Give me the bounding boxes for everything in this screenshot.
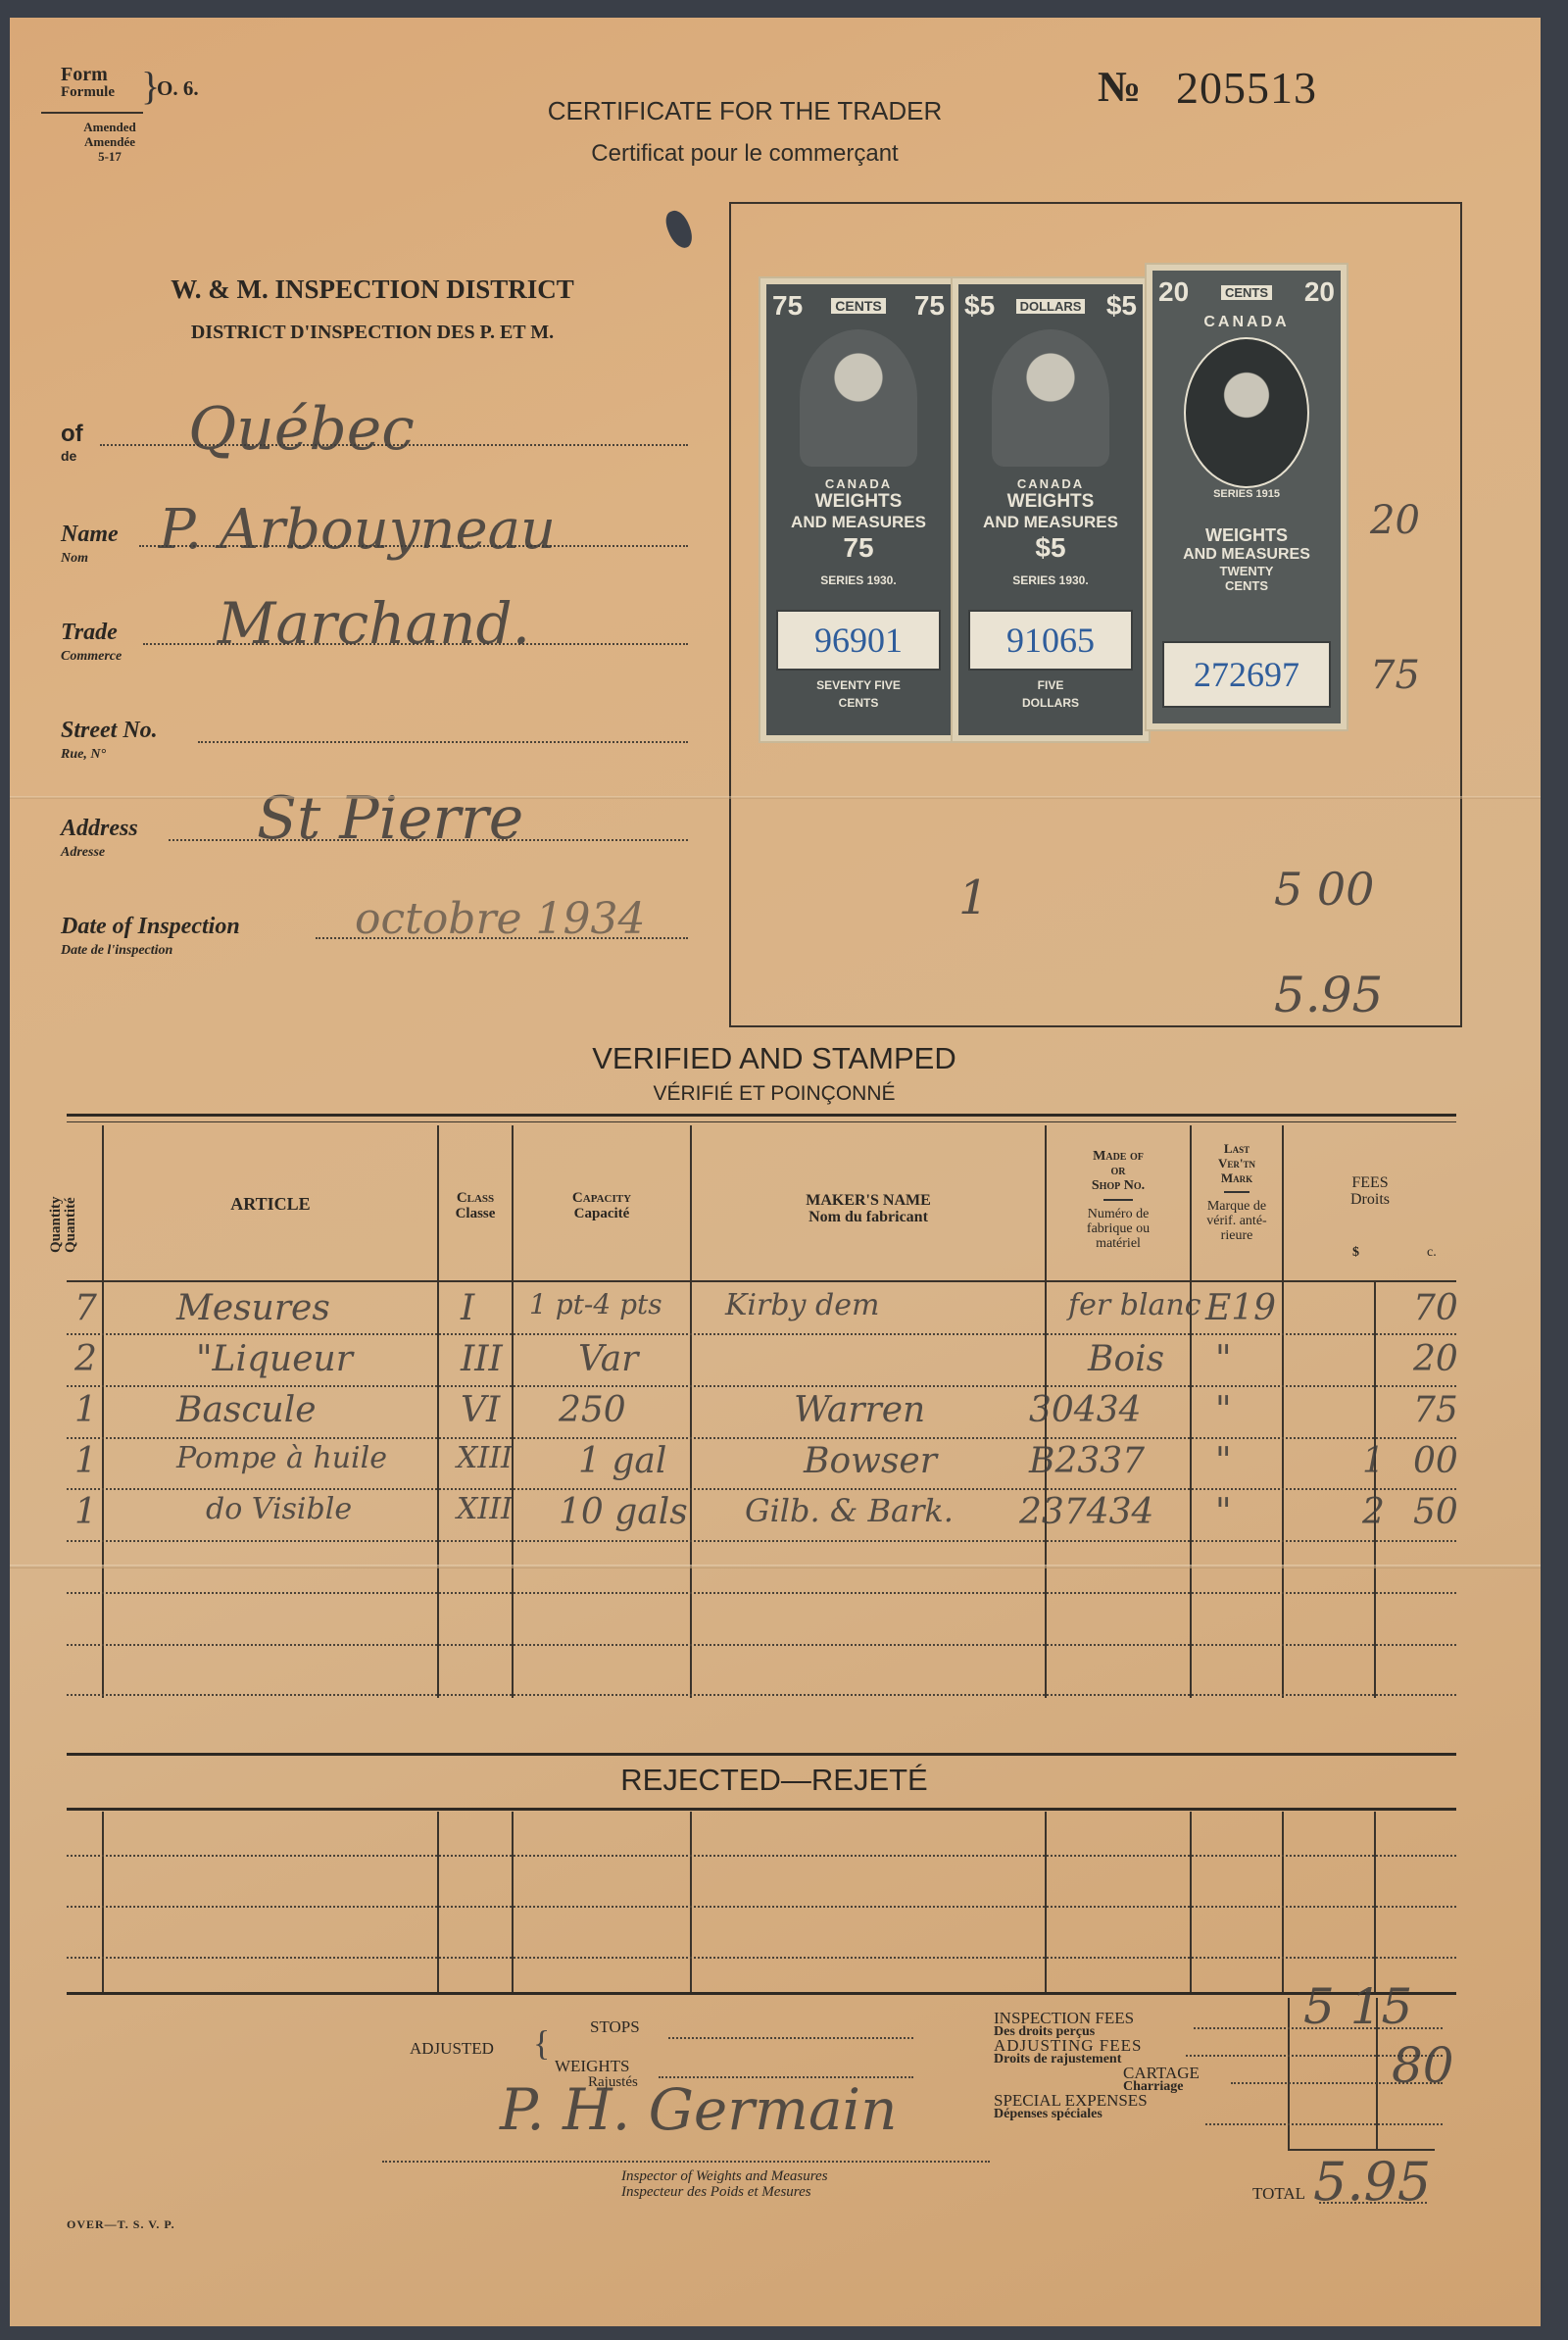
stamp-title1: WEIGHTS	[958, 491, 1143, 513]
col-last-mark-header: Last Ver'tn Mark Marque de vérif. anté-r…	[1192, 1141, 1282, 1243]
col-capacity-header: Capacity Capacité	[514, 1190, 690, 1221]
stamp-top-row: 75 CENTS 75	[766, 284, 951, 322]
stamp-words1: SEVENTY FIVE	[766, 678, 951, 692]
stamp-words1: FIVE	[958, 678, 1143, 692]
row-qty: 1	[74, 1492, 97, 1532]
col-class-fr: Classe	[439, 1206, 512, 1221]
adjusting-fees-label: ADJUSTING FEES	[994, 2039, 1200, 2053]
field-name[interactable]: Name Nom P. Arbouyneau	[61, 516, 688, 555]
row-capacity: 1 pt-4 pts	[529, 1288, 662, 1320]
adjusted-stops-label: STOPS	[590, 2017, 640, 2037]
fees-summary-labels: INSPECTION FEES Des droits perçus ADJUST…	[994, 2012, 1200, 2121]
stamp-serial: 91065	[968, 610, 1133, 671]
row-qty: 1	[74, 1441, 97, 1481]
king-portrait-icon	[800, 329, 917, 467]
col-fees-fr: Droits	[1284, 1191, 1456, 1208]
cartage-value: 80	[1392, 2037, 1454, 2094]
row-maker: Bowser	[804, 1441, 937, 1481]
row-qty: 2	[74, 1339, 97, 1379]
certificate-document: Form Formule } O. 6. Amended Amendée 5-1…	[10, 18, 1541, 2326]
stamp-top-row: 20 CENTS 20	[1152, 271, 1341, 308]
table-row: 2 "Liqueur III Var Bois " 20	[69, 1339, 1460, 1388]
row-fee-cents: 70	[1413, 1288, 1458, 1328]
row-class: I	[461, 1288, 474, 1328]
stamp-20-cents: 20 CENTS 20 CANADA SERIES 1915 WEIGHTS A…	[1147, 265, 1347, 729]
verified-title-fr: VÉRIFIÉ ET POINÇONNÉ	[402, 1082, 1147, 1106]
field-address-value: St Pierre	[257, 784, 523, 853]
field-trade-label: Trade	[61, 620, 118, 646]
rejected-bottom-border	[67, 1992, 1456, 1995]
col-divider	[1045, 1812, 1047, 1992]
col-maker-fr: Nom du fabricant	[692, 1209, 1045, 1225]
adjusted-label: ADJUSTED	[410, 2039, 494, 2059]
row-last-mark: "	[1215, 1339, 1232, 1379]
row-line	[67, 1592, 1456, 1594]
stamp-denom-right: 75	[914, 290, 945, 322]
table-row: 1 do Visible XIII 10 gals Gilb. & Bark. …	[69, 1492, 1460, 1541]
inspector-title: Inspector of Weights and Measures Inspec…	[621, 2168, 828, 2200]
col-divider	[512, 1812, 514, 1992]
row-maker: Kirby dem	[725, 1288, 879, 1322]
stamp-unit: CENTS	[1221, 285, 1272, 300]
rejected-header-border	[67, 1808, 1456, 1811]
special-expenses-line[interactable]	[1205, 2123, 1443, 2125]
district-title-en: W. & M. INSPECTION DISTRICT	[78, 274, 666, 305]
stamp-title2: AND MEASURES	[1152, 546, 1341, 564]
row-class: VI	[461, 1390, 500, 1430]
stamp-value: 75	[766, 532, 951, 564]
fees-box-left	[1288, 1998, 1290, 2151]
field-street-line	[198, 741, 688, 743]
row-made-of: 30434	[1029, 1390, 1142, 1430]
district-title-fr: DISTRICT D'INSPECTION DES P. ET M.	[78, 322, 666, 344]
field-of-label: of	[61, 421, 83, 448]
row-fee-dollars: 2	[1362, 1492, 1385, 1532]
col-divider	[690, 1812, 692, 1992]
row-article: do Visible	[206, 1492, 352, 1526]
row-qty: 1	[74, 1390, 97, 1430]
col-quantity-header: Quantity Quantité	[49, 1196, 78, 1253]
field-trade[interactable]: Trade Commerce Marchand.	[61, 614, 688, 653]
stamp-country: CANADA	[958, 476, 1143, 491]
cartage-label: CARTAGE	[994, 2066, 1200, 2080]
col-made-of-3: Shop No.	[1047, 1178, 1190, 1193]
special-expenses-label: SPECIAL EXPENSES	[994, 2094, 1200, 2108]
field-name-value: P. Arbouyneau	[159, 498, 556, 562]
field-of[interactable]: of de Québec	[61, 415, 688, 454]
amended-date: 5-17	[61, 149, 159, 164]
field-street-label: Street No.	[61, 718, 158, 744]
col-divider	[102, 1812, 104, 1992]
cert-number-prefix: №	[1098, 62, 1141, 112]
field-name-sublabel: Nom	[61, 551, 88, 567]
stamp-words2: CENTS	[1152, 578, 1341, 593]
stamp-words1: TWENTY	[1152, 564, 1341, 578]
amended-block: Amended Amendée 5-17	[61, 120, 159, 164]
field-date-sublabel: Date de l'inspection	[61, 943, 172, 959]
row-class: XIII	[457, 1492, 513, 1526]
row-article: Mesures	[176, 1288, 330, 1328]
col-made-of-1: Made of	[1047, 1149, 1190, 1164]
col-fees-dollars: $	[1352, 1245, 1359, 1261]
verified-title-en: VERIFIED AND STAMPED	[402, 1041, 1147, 1076]
field-name-label: Name	[61, 522, 119, 548]
table-top-border-2	[67, 1121, 1456, 1122]
row-made-of: Bois	[1088, 1339, 1164, 1379]
row-capacity: Var	[578, 1339, 638, 1379]
col-capacity-fr: Capacité	[514, 1206, 690, 1221]
row-class: III	[461, 1339, 503, 1379]
stamp-value: $5	[958, 532, 1143, 564]
king-portrait-icon	[992, 329, 1109, 467]
field-street[interactable]: Street No. Rue, N°	[61, 712, 688, 751]
row-fee-dollars: 1	[1362, 1441, 1385, 1481]
form-number: O. 6.	[157, 76, 199, 101]
row-fee-cents: 50	[1413, 1492, 1458, 1532]
fold-crease	[10, 1565, 1541, 1568]
footer-over: OVER—T. S. V. P.	[67, 2217, 175, 2232]
stamp-country: CANADA	[1152, 314, 1341, 331]
signature-line[interactable]	[382, 2161, 990, 2163]
stamp-note-count: 1	[958, 871, 989, 925]
col-divider	[1374, 1812, 1376, 1992]
field-address-label: Address	[61, 816, 138, 842]
stamp-denom-left: 75	[772, 290, 803, 322]
stamp-top-row: $5 DOLLARS $5	[958, 284, 1143, 322]
king-portrait-icon	[1184, 337, 1309, 488]
stamp-country: CANADA	[766, 476, 951, 491]
stamp-words2: CENTS	[766, 696, 951, 710]
table-row: 7 Mesures I 1 pt-4 pts Kirby dem fer bla…	[69, 1288, 1460, 1337]
stamp-serial: 272697	[1162, 641, 1331, 708]
field-date[interactable]: Date of Inspection Date de l'inspection …	[61, 908, 688, 947]
col-class-en: Class	[439, 1190, 512, 1206]
row-last-mark: E19	[1205, 1288, 1276, 1328]
field-of-value: Québec	[188, 395, 415, 464]
stamp-note-total: 5.95	[1274, 967, 1383, 1023]
stamp-note-amount-2: 75	[1370, 653, 1420, 698]
col-last-mark-1: Last	[1192, 1141, 1282, 1156]
cert-number: 205513	[1176, 62, 1317, 114]
stamp-title1: WEIGHTS	[766, 491, 951, 513]
rejected-top-border	[67, 1753, 1456, 1756]
col-last-mark-2: Ver'tn	[1192, 1156, 1282, 1170]
row-capacity: 1 gal	[578, 1441, 666, 1481]
stamp-75-cents: 75 CENTS 75 CANADA WEIGHTS AND MEASURES …	[760, 278, 956, 741]
col-made-of-fr: Numéro de fabrique ou matériel	[1047, 1207, 1190, 1251]
col-divider	[1190, 1812, 1192, 1992]
col-capacity-en: Capacity	[514, 1190, 690, 1206]
col-fees-header: FEES Droits	[1284, 1174, 1456, 1208]
row-fee-cents: 75	[1413, 1390, 1458, 1430]
row-fee-cents: 00	[1413, 1441, 1458, 1481]
col-made-of-2: or	[1047, 1164, 1190, 1178]
field-of-sublabel: de	[61, 448, 76, 464]
inspection-fees-value: 5 15	[1303, 1978, 1412, 2035]
field-trade-sublabel: Commerce	[61, 649, 122, 665]
special-expenses-fr: Dépenses spéciales	[994, 2108, 1200, 2121]
field-street-sublabel: Rue, N°	[61, 747, 106, 763]
table-row: 1 Bascule VI 250 Warren 30434 " 75	[69, 1390, 1460, 1439]
field-address[interactable]: Address Adresse St Pierre	[61, 810, 688, 849]
stamp-series: SERIES 1915	[1152, 488, 1341, 500]
row-made-of: 237434	[1019, 1492, 1153, 1532]
row-last-mark: "	[1215, 1390, 1232, 1430]
col-divider	[437, 1812, 439, 1992]
stamp-denom-right: 20	[1304, 276, 1335, 308]
form-divider	[41, 112, 143, 114]
total-label: TOTAL	[1252, 2184, 1305, 2204]
stamp-unit: DOLLARS	[1016, 299, 1086, 314]
punch-hole	[662, 207, 696, 251]
stamp-words2: DOLLARS	[958, 696, 1143, 710]
inspector-title-fr: Inspecteur des Poids et Mesures	[621, 2184, 828, 2200]
inspection-fees-label: INSPECTION FEES	[994, 2012, 1200, 2025]
rejected-row-line	[67, 1855, 1456, 1857]
row-line	[67, 1694, 1456, 1696]
col-quantity-en: Quantity	[49, 1196, 64, 1253]
stamp-title2: AND MEASURES	[958, 513, 1143, 532]
col-made-of-rule	[1103, 1199, 1133, 1201]
col-maker-en: MAKER'S NAME	[692, 1192, 1045, 1209]
row-article: Bascule	[176, 1390, 317, 1430]
row-capacity: 10 gals	[559, 1492, 688, 1532]
amended-label: Amended	[61, 120, 159, 134]
stamp-note-amount-3: 5 00	[1274, 863, 1374, 916]
rejected-row-line	[67, 1957, 1456, 1959]
stamp-note-amount-1: 20	[1370, 498, 1420, 543]
total-value: 5.95	[1313, 2151, 1431, 2213]
stamp-title2: AND MEASURES	[766, 513, 951, 532]
field-date-label: Date of Inspection	[61, 914, 240, 940]
col-fees-cents: c.	[1427, 1245, 1437, 1261]
field-date-value: octobre 1934	[355, 894, 646, 944]
row-fee-cents: 20	[1413, 1339, 1458, 1379]
inspector-signature: P. H. Germain	[500, 2076, 897, 2143]
col-last-mark-3: Mark	[1192, 1170, 1282, 1185]
adjusted-brace: {	[533, 2025, 550, 2061]
col-divider	[1282, 1812, 1284, 1992]
row-class: XIII	[457, 1441, 513, 1475]
stamp-denom-left: 20	[1158, 276, 1189, 308]
table-top-border	[67, 1114, 1456, 1117]
row-last-mark: "	[1215, 1492, 1232, 1532]
field-trade-value: Marchand.	[218, 590, 530, 657]
row-last-mark: "	[1215, 1441, 1232, 1481]
stamp-unit: CENTS	[831, 298, 885, 314]
stamp-series: SERIES 1930.	[766, 573, 951, 587]
row-capacity: 250	[559, 1390, 626, 1430]
col-maker-header: MAKER'S NAME Nom du fabricant	[692, 1192, 1045, 1225]
row-maker: Warren	[794, 1390, 925, 1430]
row-article: "Liqueur	[196, 1339, 353, 1379]
adjusted-stops-line[interactable]	[668, 2037, 913, 2039]
table-row: 1 Pompe à huile XIII 1 gal Bowser B2337 …	[69, 1441, 1460, 1490]
col-last-mark-rule	[1224, 1191, 1249, 1193]
row-maker: Gilb. & Bark.	[745, 1492, 954, 1529]
stamp-denom-right: $5	[1106, 290, 1137, 322]
stamp-serial: 96901	[776, 610, 941, 671]
rejected-title: REJECTED—REJETÉ	[402, 1763, 1147, 1798]
adjusted-weights-label: WEIGHTS	[555, 2057, 629, 2076]
col-class-header: Class Classe	[439, 1190, 512, 1221]
inspector-title-en: Inspector of Weights and Measures	[621, 2168, 828, 2184]
row-made-of: B2337	[1029, 1441, 1145, 1481]
table-header-rule	[67, 1280, 1456, 1282]
stamp-5-dollars: $5 DOLLARS $5 CANADA WEIGHTS AND MEASURE…	[953, 278, 1149, 741]
col-fees-en: FEES	[1284, 1174, 1456, 1191]
row-article: Pompe à huile	[176, 1441, 387, 1475]
stamp-denom-left: $5	[964, 290, 995, 322]
row-qty: 7	[74, 1288, 97, 1328]
field-address-sublabel: Adresse	[61, 845, 105, 861]
fold-crease-upper	[10, 796, 1541, 799]
stamp-title1: WEIGHTS	[1152, 525, 1341, 546]
row-made-of: fer blanc	[1068, 1288, 1201, 1322]
amendee-label: Amendée	[61, 134, 159, 149]
rejected-row-line	[67, 1906, 1456, 1908]
row-line	[67, 1644, 1456, 1646]
col-made-of-header: Made of or Shop No. Numéro de fabrique o…	[1047, 1149, 1190, 1251]
stamp-series: SERIES 1930.	[958, 573, 1143, 587]
col-last-mark-fr: Marque de vérif. anté-rieure	[1192, 1199, 1282, 1243]
col-article-header: ARTICLE	[104, 1194, 437, 1215]
col-quantity-fr: Quantité	[64, 1196, 78, 1253]
title-fr: Certificat pour le commerçant	[500, 140, 990, 168]
title-en: CERTIFICATE FOR THE TRADER	[500, 96, 990, 126]
